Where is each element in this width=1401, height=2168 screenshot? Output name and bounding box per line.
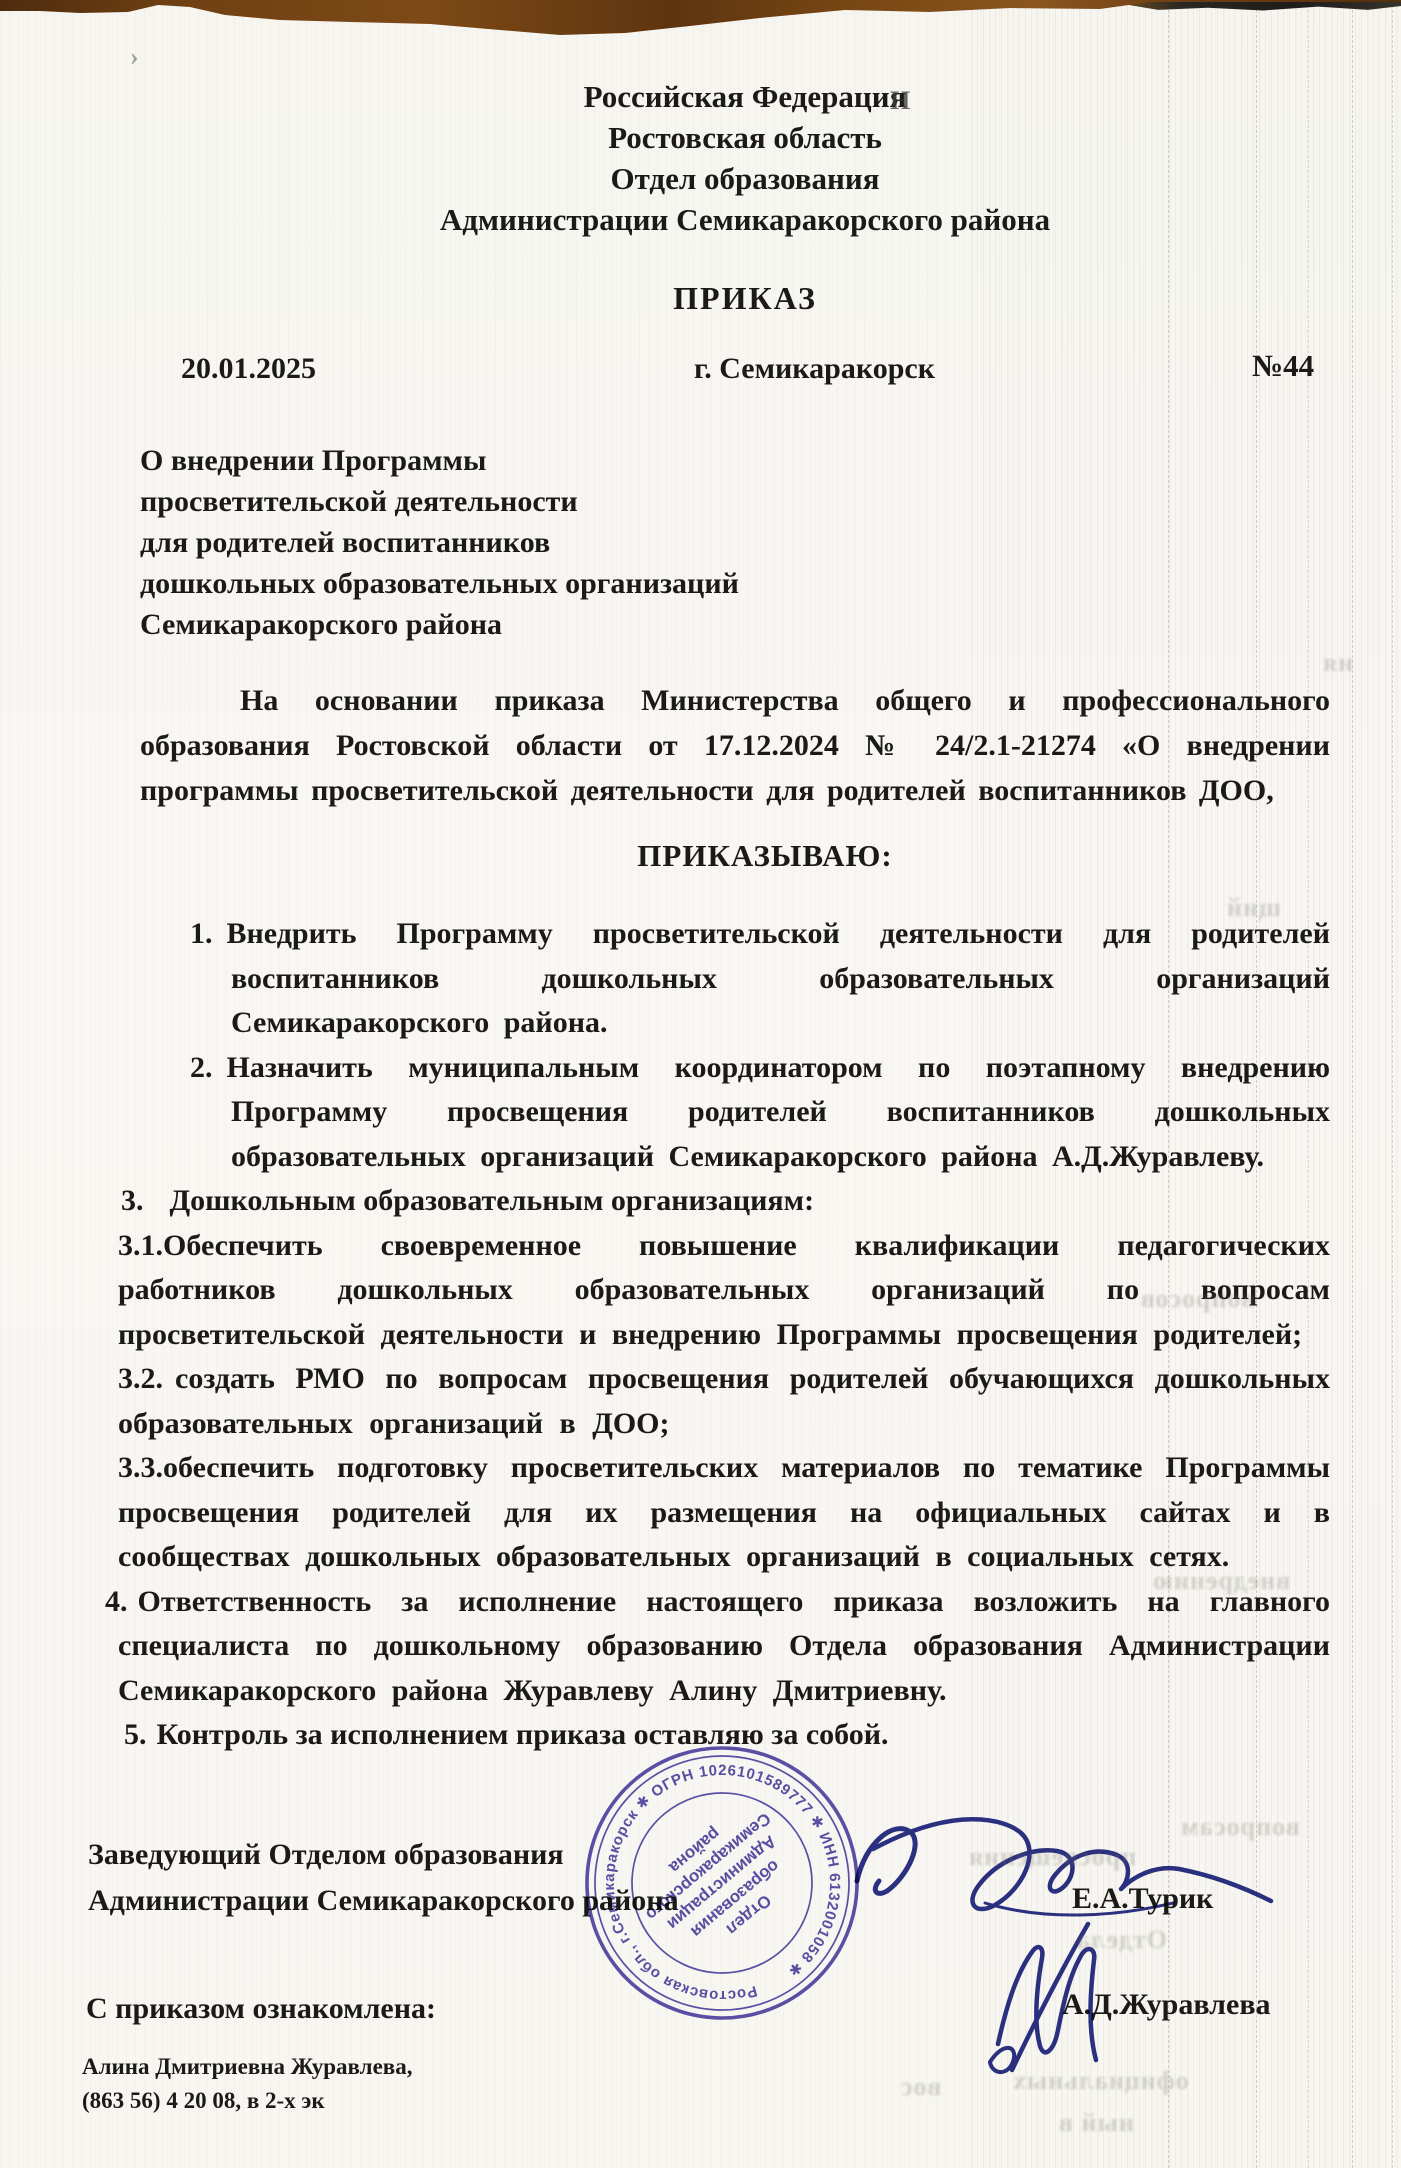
subject-line: для родителей воспитанников [140,522,739,563]
document-title: ПРИКАЗ [90,280,1400,317]
letterhead: Российская Федерация Ростовская область … [90,76,1400,240]
item-number: 3.3. [118,1451,163,1484]
order-number: №44 [1252,348,1314,384]
preamble-block: На основании приказа Министерства общего… [100,678,1330,813]
item-number: 2. [190,1051,213,1084]
item-number: 5. [124,1718,147,1751]
order-item-1: 1.Внедрить Программу просветительской де… [231,912,1330,1046]
bleedthrough-text: вопросов [1140,1284,1255,1314]
bleedthrough-text: ный в [1058,2108,1134,2138]
bleedthrough-text: щий [1226,893,1281,923]
order-item-4: 4.Ответственность за исполнение настояще… [118,1580,1330,1714]
bleedthrough-text: Отдела [1076,1925,1167,1955]
order-item-3-2: 3.2.создать РМО по вопросам просвещения … [118,1357,1330,1446]
order-date: 20.01.2025 [181,352,316,386]
subject-line: О внедрении Программы [140,440,739,481]
order-city: г. Семикаракорск [694,352,935,386]
bleedthrough-text: просвещения [968,1842,1136,1872]
order-items: 1.Внедрить Программу просветительской де… [100,912,1330,1758]
subject-line: просветительской деятельности [140,481,739,522]
item-number: 3. [121,1184,144,1217]
order-item-3: 3.Дошкольным образовательным организация… [121,1179,1330,1224]
bleedthrough-text: внедрению [1152,1566,1290,1596]
item-number: 3.2. [118,1362,163,1395]
letterhead-line-country: Российская Федерация [90,76,1400,117]
bleedthrough-text: вопросам [1180,1812,1300,1842]
item-number: 1. [190,917,213,950]
subject-line: Семикаракорского района [140,604,739,645]
acknowledgement-label: С приказом ознакомлена: [86,1992,436,2026]
subject-line: дошкольных образовательных организаций [140,563,739,604]
order-item-3-3: 3.3.обеспечить подготовку просветительск… [118,1446,1330,1580]
item-text: Ответственность за исполнение настоящего… [118,1585,1330,1707]
item-number: 3.1. [118,1229,163,1262]
letterhead-line-department: Отдел образования [90,158,1400,199]
preamble-paragraph: На основании приказа Министерства общего… [140,678,1330,813]
scan-streak-line [1352,0,1353,2168]
item-text: обеспечить подготовку просветительских м… [118,1451,1330,1573]
bleedthrough-text: ия [1322,648,1353,678]
letterhead-line-administration: Администрации Семикаракорского района [90,199,1400,240]
letterhead-line-region: Ростовская область [90,117,1400,158]
footer-contact-phone: (863 56) 4 20 08, в 2-х эк [82,2088,325,2114]
order-subject: О внедрении Программы просветительской д… [140,440,739,645]
footer-contact-name: Алина Дмитриевна Журавлева, [82,2054,412,2080]
item-text: Назначить муниципальным координатором по… [227,1051,1331,1173]
item-text: Внедрить Программу просветительской деят… [227,917,1331,1039]
signer-title-line1: Заведующий Отделом образования [88,1838,564,1872]
item-number: 4. [105,1585,128,1618]
scan-streak-line [1392,0,1393,2168]
item-text: Дошкольным образовательным организациям: [170,1184,815,1217]
scanned-order-page: Российская Федерация Ростовская область … [0,0,1401,2168]
bleedthrough-text: официальных [1012,2066,1189,2096]
bleedthrough-text: вос [900,2072,941,2102]
stray-mark: Н [890,86,910,116]
item-text: создать РМО по вопросам просвещения роди… [118,1362,1330,1440]
stray-mark: › [130,42,139,72]
resolve-label: ПРИКАЗЫВАЮ: [150,838,1380,874]
order-item-2: 2.Назначить муниципальным координатором … [231,1046,1330,1180]
